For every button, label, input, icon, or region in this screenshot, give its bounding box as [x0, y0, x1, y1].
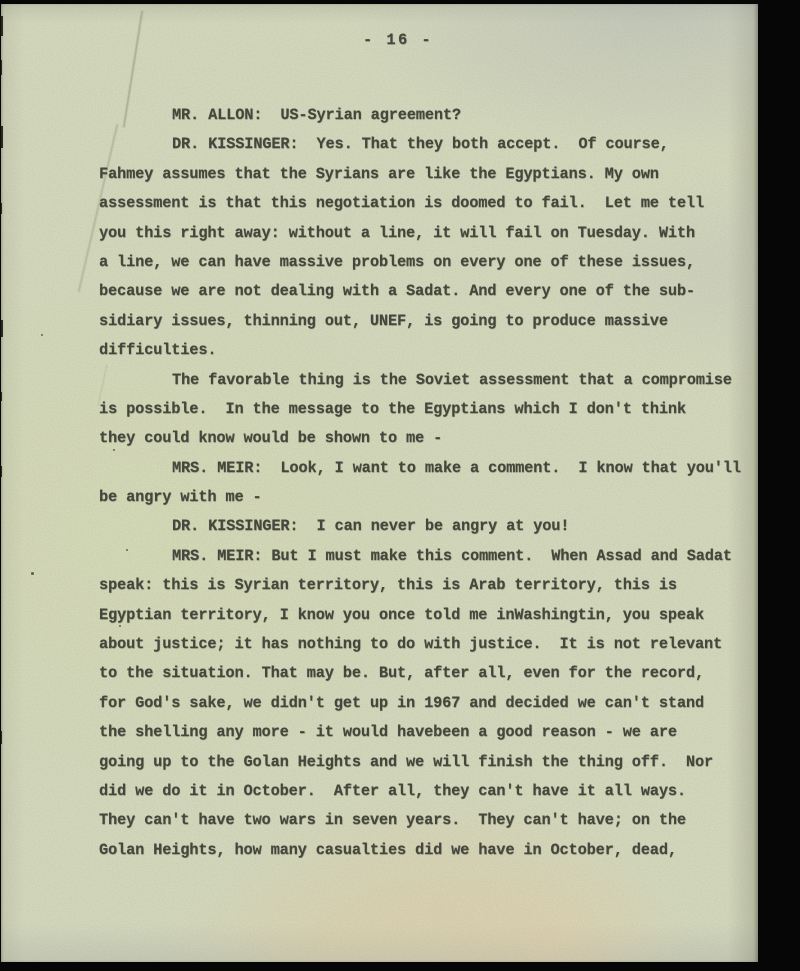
- transcript-line: they could know would be shown to me -: [99, 424, 759, 453]
- transcript-line: DR. KISSINGER: Yes. That they both accep…: [99, 130, 759, 159]
- transcript-line: speak: this is Syrian territory, this is…: [99, 571, 759, 600]
- page-number: - 16 -: [363, 31, 433, 49]
- transcript-line: Egyptian territory, I know you once told…: [99, 601, 759, 630]
- scan-edge-mark: [0, 731, 2, 744]
- transcript-line: Golan Heights, how many casualties did w…: [99, 836, 759, 865]
- transcript-line: be angry with me -: [99, 483, 759, 512]
- transcript-line: the shelling any more - it would havebee…: [99, 718, 759, 747]
- dust-speck: [41, 334, 43, 336]
- transcript-line: They can't have two wars in seven years.…: [99, 806, 759, 835]
- transcript-line: Fahmey assumes that the Syrians are like…: [99, 160, 759, 189]
- dust-speck: [31, 572, 34, 575]
- scan-edge-mark: [0, 16, 3, 36]
- transcript-line: did we do it in October. After all, they…: [99, 777, 759, 806]
- transcript-line: assessment is that this negotiation is d…: [99, 189, 759, 218]
- scan-edge-mark: [0, 60, 2, 75]
- scanned-document-page: - 16 - MR. ALLON: US-Syrian agreement?DR…: [0, 0, 800, 971]
- transcript-line: for God's sake, we didn't get up in 1967…: [99, 689, 759, 718]
- transcript-line: about justice; it has nothing to do with…: [99, 630, 759, 659]
- transcript-line: sidiary issues, thinning out, UNEF, is g…: [99, 307, 759, 336]
- scan-edge-mark: [0, 203, 2, 214]
- transcript-line: MRS. MEIR: Look, I want to make a commen…: [99, 454, 759, 483]
- scan-edge-mark: [0, 392, 2, 401]
- transcript-line: DR. KISSINGER: I can never be angry at y…: [99, 512, 759, 541]
- scan-edge-mark: [0, 126, 3, 148]
- transcript-line: is possible. In the message to the Egypt…: [99, 395, 759, 424]
- transcript-line: a line, we can have massive problems on …: [99, 248, 759, 277]
- transcript-line: MR. ALLON: US-Syrian agreement?: [99, 101, 759, 130]
- scan-edge-mark: [0, 466, 2, 477]
- transcript-line: The favorable thing is the Soviet assess…: [99, 366, 759, 395]
- scan-edge-mark: [0, 320, 3, 337]
- transcript-line: to the situation. That may be. But, afte…: [99, 659, 759, 688]
- transcript-line: MRS. MEIR: But I must make this comment.…: [99, 542, 759, 571]
- transcript-line: because we are not dealing with a Sadat.…: [99, 277, 759, 306]
- transcript-line: going up to the Golan Heights and we wil…: [99, 748, 759, 777]
- transcript-line: difficulties.: [99, 336, 759, 365]
- transcript-line: you this right away: without a line, it …: [99, 219, 759, 248]
- transcript: MR. ALLON: US-Syrian agreement?DR. KISSI…: [99, 101, 759, 865]
